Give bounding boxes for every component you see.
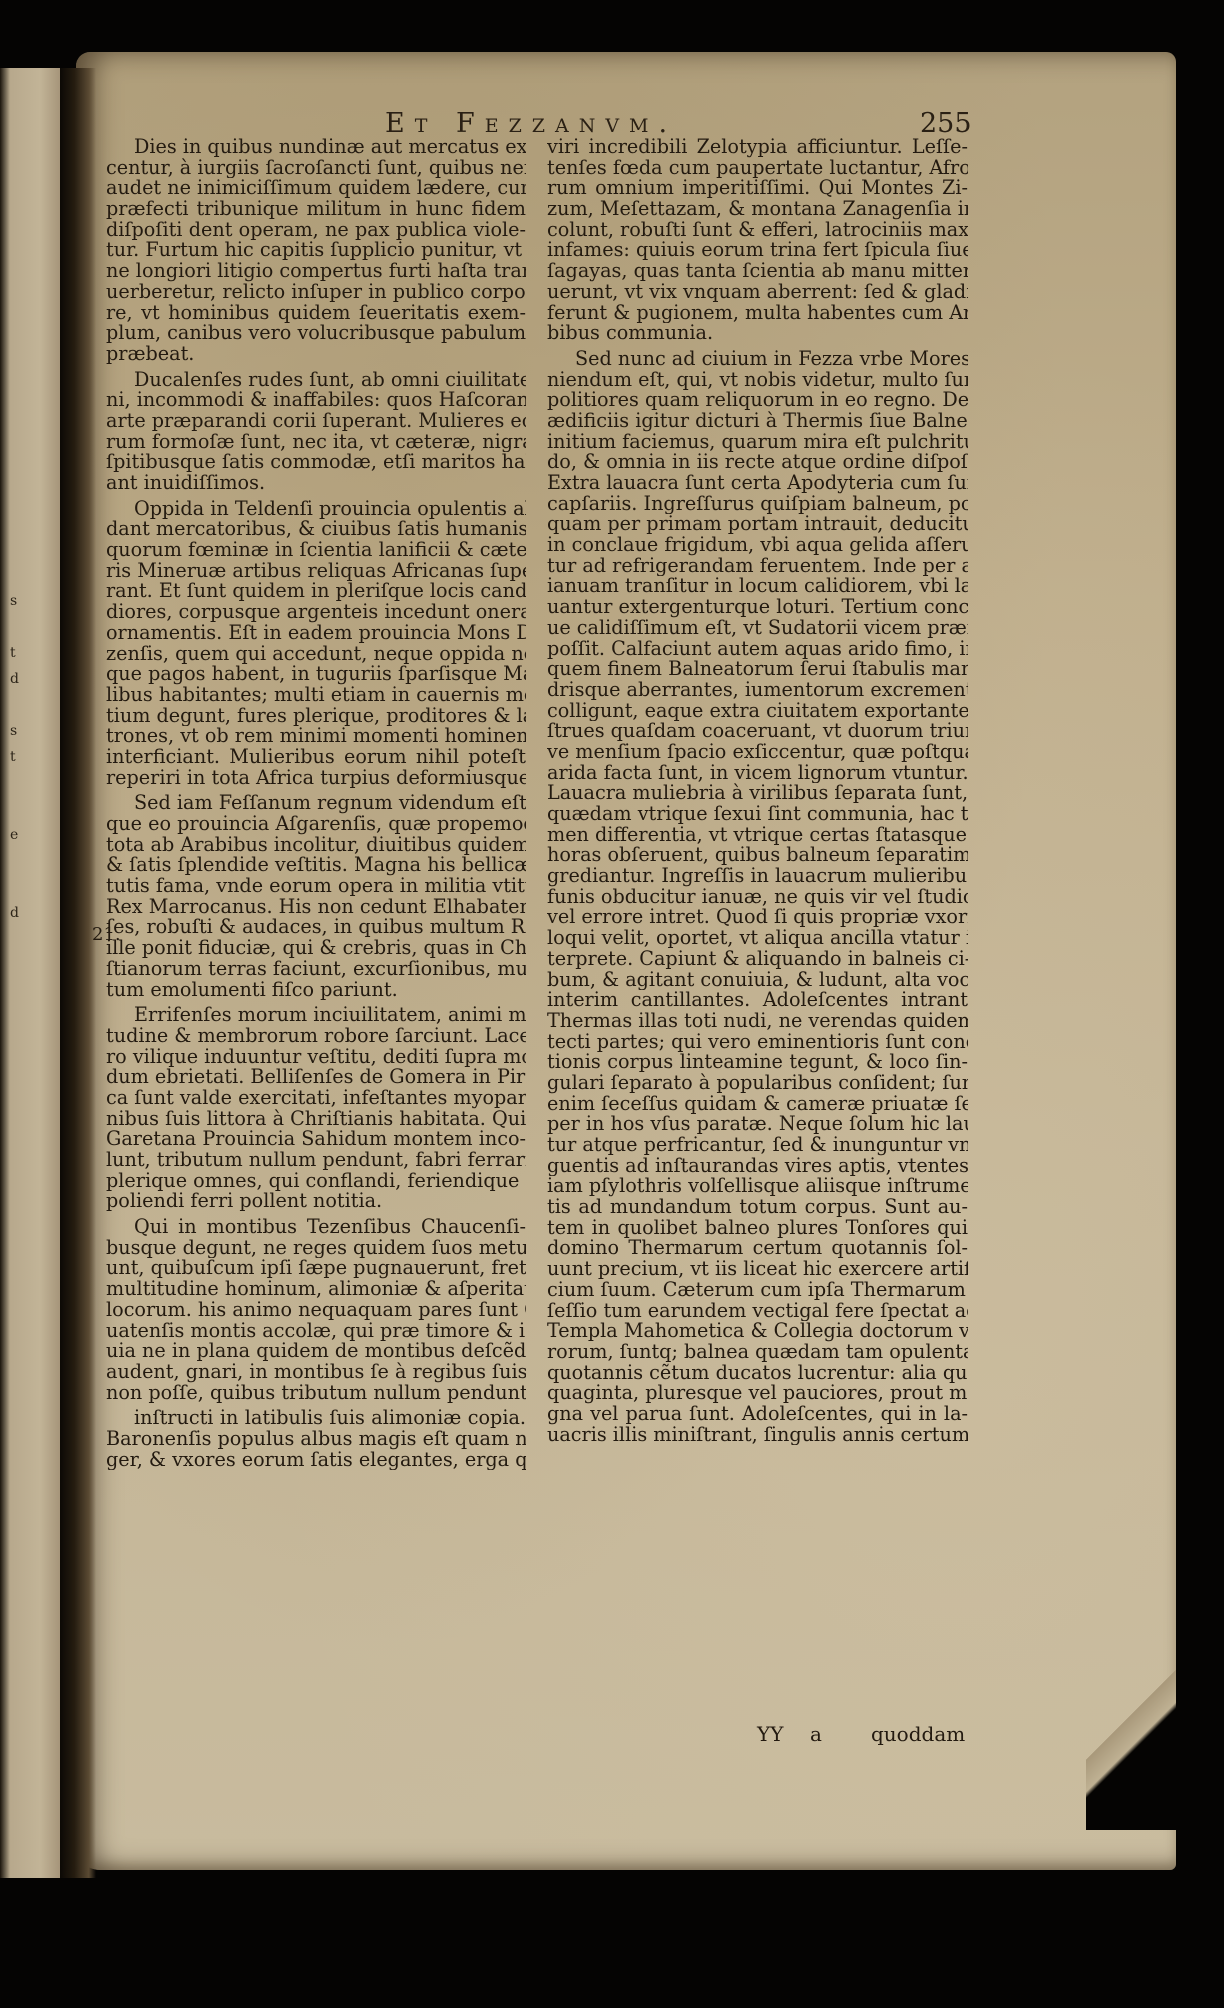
- text-line: men differentia, vt vtrique certas ſtata…: [547, 825, 968, 846]
- text-line: centur, à iurgiis ſacroſancti ſunt, quib…: [106, 158, 526, 179]
- text-line: dum ebrietati. Belliſenſes de Gomera in …: [106, 1067, 526, 1088]
- text-line: diores, corpusque argenteis incedunt one…: [106, 602, 526, 623]
- text-line: tionis corpus linteamine tegunt, & loco …: [547, 1052, 968, 1073]
- text-line: uunt precium, vt iis liceat hic exercere…: [547, 1259, 968, 1280]
- text-line: interim cantillantes. Adoleſcentes intra…: [547, 990, 968, 1011]
- text-line: arte præparandi corii ſuperant. Mulieres…: [106, 411, 526, 432]
- text-line: gna vel parua ſunt. Adoleſcentes, qui in…: [547, 1404, 968, 1425]
- text-line: ris Mineruæ artibus reliquas Africanas ſ…: [106, 561, 526, 582]
- text-line: ue calidiſſimum eſt, vt Sudatorii vicem …: [547, 618, 968, 639]
- previous-page-letters: s t d s t e d: [10, 588, 30, 926]
- text-line: Dies in quibus nundinæ aut mercatus exer…: [106, 137, 526, 158]
- text-line: Garetana Prouincia Sahidum montem inco-: [106, 1129, 526, 1150]
- text-line: grediantur. Ingreſſis in lauacrum mulier…: [547, 866, 968, 887]
- text-line: gulari ſeparato à popularibus conſident;…: [547, 1073, 968, 1094]
- text-line: ve menſium ſpacio exſiccentur, quæ poſtq…: [547, 742, 968, 763]
- text-line: quædam vtrique ſexui ſint communia, hac …: [547, 804, 968, 825]
- text-line: ille ponit fiduciæ, qui & crebris, quas …: [106, 938, 526, 959]
- text-line: tur. Furtum hic capitis ſupplicio punitu…: [106, 240, 526, 261]
- text-line: initium faciemus, quarum mira eſt pulchr…: [547, 432, 968, 453]
- text-line: uerunt, vt vix vnquam aberrent: ſed & gl…: [547, 282, 968, 303]
- signature-mark: YY: [757, 1722, 783, 1746]
- text-line: ni, incommodi & inaffabiles: quos Haſcor…: [106, 390, 526, 411]
- text-line: tis ad mundandum totum corpus. Sunt au-: [547, 1197, 968, 1218]
- text-line: tecti partes; qui vero eminentioris ſunt…: [547, 1032, 968, 1053]
- text-line: tutis fama, vnde eorum opera in militia …: [106, 876, 526, 897]
- text-line: reperiri in tota Africa turpius deformiu…: [106, 768, 526, 789]
- text-line: uantur extergenturque loturi. Tertium co…: [547, 597, 968, 618]
- text-line: ſeſſio tum earundem vectigal fere ſpecta…: [547, 1301, 968, 1322]
- text-line: præfecti tribunique militum in hunc fide…: [106, 199, 526, 220]
- text-line: iam pſylothris volſellisque aliisque inſ…: [547, 1176, 968, 1197]
- text-line: plerique omnes, qui conflandi, feriendiq…: [106, 1171, 526, 1192]
- left-column-text: Dies in quibus nundinæ aut mercatus exer…: [106, 137, 526, 1470]
- text-line: tota ab Arabibus incolitur, diuitibus qu…: [106, 835, 526, 856]
- text-line: colunt, robuſti ſunt & efferi, latrocini…: [547, 220, 968, 241]
- text-line: non poſſe, quibus tributum nullum pendun…: [106, 1383, 526, 1404]
- text-line: Thermas illas toti nudi, ne verendas qui…: [547, 1011, 968, 1032]
- text-line: lunt, tributum nullum pendunt, fabri fer…: [106, 1150, 526, 1171]
- text-line: uia ne in plana quidem de montibus deſcẽ…: [106, 1341, 526, 1362]
- folded-corner: [1086, 1600, 1176, 1830]
- text-line: rum formoſæ ſunt, nec ita, vt cæteræ, ni…: [106, 432, 526, 453]
- text-line: que eo prouincia Aſgarenſis, quæ propemo…: [106, 814, 526, 835]
- text-line: tem in quolibet balneo plures Tonſores q…: [547, 1218, 968, 1239]
- text-line: trones, vt ob rem minimi momenti hominem: [106, 726, 526, 747]
- text-line: tudine & membrorum robore ſarciunt. Lace…: [106, 1026, 526, 1047]
- text-line: quotannis cẽtum ducatos lucrentur: alia …: [547, 1363, 968, 1384]
- text-line: ornamentis. Eſt in eadem prouincia Mons …: [106, 623, 526, 644]
- text-line: locorum. his animo nequaquam pares ſunt …: [106, 1300, 526, 1321]
- gutter-shadow: [60, 68, 96, 1878]
- running-head: Et Fezzanvm.: [385, 108, 677, 139]
- text-line: que pagos habent, in tuguriis ſparſisque…: [106, 664, 526, 685]
- text-line: unt, quibuſcum ipſi ſæpe pugnauerunt, fr…: [106, 1258, 526, 1279]
- text-line: niendum eſt, qui, vt nobis videtur, mult…: [547, 370, 968, 391]
- text-line: vel errore intret. Quod ſi quis propriæ …: [547, 907, 968, 928]
- text-line: Sed nunc ad ciuium in Fezza vrbe Mores v…: [547, 349, 968, 370]
- text-line: tum emolumenti fiſco pariunt.: [106, 980, 526, 1001]
- text-line: guentis ad inſtaurandas vires aptis, vte…: [547, 1156, 968, 1177]
- text-line: uatenſis montis accolæ, qui præ timore &…: [106, 1321, 526, 1342]
- text-line: viri incredibili Zelotypia afficiuntur. …: [547, 137, 968, 158]
- text-line: infames: quiuis eorum trina fert ſpicula…: [547, 240, 968, 261]
- text-line: tenſes fœda cum paupertate luctantur, Af…: [547, 158, 968, 179]
- text-line: ne longiori litigio compertus furti haſt…: [106, 261, 526, 282]
- text-line: Sed iam Feſſanum regnum videndum eſt, in…: [106, 793, 526, 814]
- text-line: nibus ſuis littora à Chriſtianis habitat…: [106, 1109, 526, 1130]
- text-line: bibus communia.: [547, 323, 968, 344]
- text-line: ca ſunt valde exercitati, infeſtantes my…: [106, 1088, 526, 1109]
- text-line: loqui velit, oportet, vt aliqua ancilla …: [547, 928, 968, 949]
- text-line: tur ad refrigerandam feruentem. Inde per…: [547, 556, 968, 577]
- text-line: quam per primam portam intrauit, deducit…: [547, 514, 968, 535]
- text-line: ferunt & pugionem, multa habentes cum Ar…: [547, 303, 968, 324]
- text-line: tur atque perfricantur, ſed & inunguntur…: [547, 1135, 968, 1156]
- text-line: arida facta ſunt, in vicem lignorum vtun…: [547, 763, 968, 784]
- text-line: libus habitantes; multi etiam in cauerni…: [106, 685, 526, 706]
- text-line: per in hos vſus paratæ. Neque ſolum hic …: [547, 1114, 968, 1135]
- text-line: ſtrues quaſdam coaceruant, vt duorum tri…: [547, 721, 968, 742]
- text-line: funis obducitur ianuæ, ne quis vir vel ſ…: [547, 887, 968, 908]
- text-line: ro vilique induuntur veſtitu, dediti ſup…: [106, 1047, 526, 1068]
- text-line: ſagayas, quas tanta ſcientia ab manu mit…: [547, 261, 968, 282]
- text-line: zenſis, quem qui accedunt, neque oppida …: [106, 644, 526, 665]
- text-line: poliendi ferri pollent notitia.: [106, 1191, 526, 1212]
- text-line: domino Thermarum certum quotannis ſol-: [547, 1238, 968, 1259]
- text-line: colligunt, eaque extra ciuitatem exporta…: [547, 701, 968, 722]
- text-line: re, vt hominibus quidem ſeueritatis exem…: [106, 303, 526, 324]
- text-line: capſariis. Ingreſſurus quiſpiam balneum,…: [547, 494, 968, 515]
- page-number: 255: [920, 108, 972, 139]
- text-line: quem finem Balneatorum ſerui ſtabulis ma…: [547, 659, 968, 680]
- text-line: Qui in montibus Tezenſibus Chaucenſi-: [106, 1217, 526, 1238]
- text-line: audent, gnari, in montibus ſe à regibus …: [106, 1362, 526, 1383]
- text-line: inſtructi in latibulis ſuis alimoniæ cop…: [106, 1408, 526, 1429]
- text-line: rant. Et ſunt quidem in pleriſque locis …: [106, 581, 526, 602]
- text-line: tium degunt, fures plerique, proditores …: [106, 706, 526, 727]
- text-line: Templa Mahometica & Collegia doctorum vi…: [547, 1321, 968, 1342]
- text-line: bum, & agitant conuiuia, & ludunt, alta …: [547, 970, 968, 991]
- text-line: uacris illis miniſtrant, ſingulis annis …: [547, 1425, 968, 1446]
- text-line: Rex Marrocanus. His non cedunt Elhabaten…: [106, 897, 526, 918]
- text-line: audet ne inimiciſſimum quidem lædere, cu…: [106, 178, 526, 199]
- text-line: quaginta, pluresque vel pauciores, prout…: [547, 1383, 968, 1404]
- text-line: interficiant. Mulieribus eorum nihil pot…: [106, 747, 526, 768]
- text-line: quorum fœminæ in ſcientia lanificii & cæ…: [106, 540, 526, 561]
- text-line: præbeat.: [106, 344, 526, 365]
- catchword: quoddam: [871, 1722, 965, 1746]
- text-line: Ducalenſes rudes ſunt, ab omni ciuilitat…: [106, 370, 526, 391]
- text-line: Errifenſes morum inciuilitatem, animi ma…: [106, 1005, 526, 1026]
- text-line: rorum, ſuntq; balnea quædam tam opulenta…: [547, 1342, 968, 1363]
- text-line: plum, canibus vero volucribusque pabulum: [106, 323, 526, 344]
- text-line: terprete. Capiunt & aliquando in balneis…: [547, 949, 968, 970]
- text-line: busque degunt, ne reges quidem ſuos metu…: [106, 1238, 526, 1259]
- text-line: ant inuidiſſimos.: [106, 473, 526, 494]
- text-line: ger, & vxores eorum ſatis elegantes, erg…: [106, 1450, 526, 1471]
- text-line: Extra lauacra ſunt certa Apodyteria cum …: [547, 473, 968, 494]
- text-line: enim ſeceſſus quidam & cameræ priuatæ ſe…: [547, 1094, 968, 1115]
- text-line: & ſatis ſplendide veſtitis. Magna his be…: [106, 855, 526, 876]
- signature-sub: a: [810, 1722, 822, 1746]
- text-line: in conclaue frigidum, vbi aqua gelida aſ…: [547, 535, 968, 556]
- text-line: horas obſeruent, quibus balneum ſeparati…: [547, 845, 968, 866]
- text-line: rum omnium imperitiſſimi. Qui Montes Zi-: [547, 178, 968, 199]
- text-line: dant mercatoribus, & ciuibus ſatis human…: [106, 519, 526, 540]
- text-line: cium ſuum. Cæterum cum ipſa Thermarum po…: [547, 1280, 968, 1301]
- text-line: Lauacra muliebria à virilibus ſeparata ſ…: [547, 783, 968, 804]
- text-line: ſtianorum terras faciunt, excurſionibus,…: [106, 959, 526, 980]
- text-line: diſpoſiti dent operam, ne pax publica vi…: [106, 220, 526, 241]
- right-column-text: viri incredibili Zelotypia afficiuntur. …: [547, 137, 968, 1445]
- text-line: uerberetur, relicto inſuper in publico c…: [106, 282, 526, 303]
- text-line: ianuam tranſitur in locum calidiorem, vb…: [547, 576, 968, 597]
- text-line: Oppida in Teldenſi prouincia opulentis a…: [106, 499, 526, 520]
- text-line: Baronenſis populus albus magis eſt quam …: [106, 1429, 526, 1450]
- text-line: drisque aberrantes, iumentorum excrement…: [547, 680, 968, 701]
- text-line: politiores quam reliquorum in eo regno. …: [547, 390, 968, 411]
- text-line: poſſit. Calfaciunt autem aquas arido fim…: [547, 639, 968, 660]
- text-line: ſes, robuſti & audaces, in quibus multum…: [106, 917, 526, 938]
- text-line: do, & omnia in iis recte atque ordine di…: [547, 452, 968, 473]
- text-line: ædificiis igitur dicturi à Thermis ſiue …: [547, 411, 968, 432]
- text-line: ſpitibusque ſatis commodæ, etſi maritos …: [106, 452, 526, 473]
- text-line: multitudine hominum, alimoniæ & aſperita…: [106, 1279, 526, 1300]
- text-line: zum, Meſettazam, & montana Zanagenſia in…: [547, 199, 968, 220]
